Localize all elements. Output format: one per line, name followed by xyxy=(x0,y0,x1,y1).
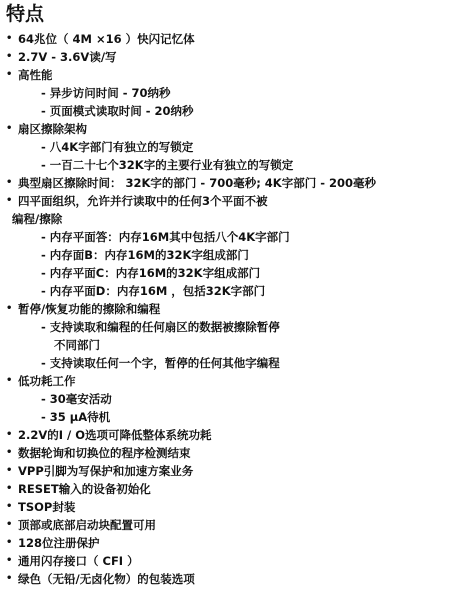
list-item: •64兆位（ 4M ×16 ）快闪记忆体 xyxy=(6,30,458,48)
list-item: •典型扇区擦除时间： 32K字的部门 - 700毫秒; 4K字部门 - 200毫… xyxy=(6,174,458,192)
list-item: •暂停/恢复功能的擦除和编程 xyxy=(6,300,458,318)
list-item: •顶部或底部启动块配置可用 xyxy=(6,516,458,534)
sub-item: - 内存平面D：内存16M ，包括32K字部门 xyxy=(6,282,458,300)
bullet-icon: • xyxy=(6,462,12,480)
bullet-icon: • xyxy=(6,534,12,552)
list-item: •128位注册保护 xyxy=(6,534,458,552)
bullet-icon: • xyxy=(6,66,12,84)
list-item: •2.7V - 3.6V读/写 xyxy=(6,48,458,66)
bullet-icon: • xyxy=(6,372,12,390)
bullet-icon: • xyxy=(6,120,12,138)
sub-item: - 页面模式读取时间 - 20纳秒 xyxy=(6,102,458,120)
bullet-icon: • xyxy=(6,516,12,534)
bullet-icon: • xyxy=(6,300,12,318)
sub-item: - 八4K字部门有独立的写锁定 xyxy=(6,138,458,156)
bullet-icon: • xyxy=(6,570,12,588)
bullet-icon: • xyxy=(6,552,12,570)
bullet-icon: • xyxy=(6,444,12,462)
list-item: •高性能 xyxy=(6,66,458,84)
list-item: •通用闪存接口（ CFI ） xyxy=(6,552,458,570)
list-item: •数据轮询和切换位的程序检测结束 xyxy=(6,444,458,462)
bullet-icon: • xyxy=(6,192,12,210)
bullet-icon: • xyxy=(6,48,12,66)
list-item: •绿色（无铅/无卤化物）的包装选项 xyxy=(6,570,458,588)
sub-item: - 支持读取任何一个字，暂停的任何其他字编程 xyxy=(6,354,458,372)
sub-item: - 内存平面C：内存16M的32K字组成部门 xyxy=(6,264,458,282)
sub-item: - 一百二十七个32K字的主要行业有独立的写锁定 xyxy=(6,156,458,174)
sub-item: - 内存平面答：内存16M其中包括八个4K字部门 xyxy=(6,228,458,246)
bullet-icon: • xyxy=(6,174,12,192)
document-page: 特点 •64兆位（ 4M ×16 ）快闪记忆体 •2.7V - 3.6V读/写 … xyxy=(0,0,458,588)
list-item: •四平面组织，允许并行读取中的任何3个平面不被 xyxy=(6,192,458,210)
list-item: •VPP引脚为写保护和加速方案业务 xyxy=(6,462,458,480)
list-item: •低功耗工作 xyxy=(6,372,458,390)
sub-item: - 30毫安活动 xyxy=(6,390,458,408)
bullet-icon: • xyxy=(6,480,12,498)
bullet-icon: • xyxy=(6,426,12,444)
bullet-icon: • xyxy=(6,30,12,48)
sub-item: - 内存面B：内存16M的32K字组成部门 xyxy=(6,246,458,264)
sub-item: - 35 µA待机 xyxy=(6,408,458,426)
list-item: •2.2V的I / O选项可降低整体系统功耗 xyxy=(6,426,458,444)
page-title: 特点 xyxy=(6,2,458,26)
feature-list: •64兆位（ 4M ×16 ）快闪记忆体 •2.7V - 3.6V读/写 •高性… xyxy=(6,30,458,588)
sub-item: - 异步访问时间 - 70纳秒 xyxy=(6,84,458,102)
list-item: •TSOP封装 xyxy=(6,498,458,516)
sub-item-continuation: 不同部门 xyxy=(6,336,458,354)
list-item: •RESET输入的设备初始化 xyxy=(6,480,458,498)
sub-item: - 支持读取和编程的任何扇区的数据被擦除暂停 xyxy=(6,318,458,336)
wrapped-line: 编程/擦除 xyxy=(6,210,458,228)
bullet-icon: • xyxy=(6,498,12,516)
list-item: •扇区擦除架构 xyxy=(6,120,458,138)
